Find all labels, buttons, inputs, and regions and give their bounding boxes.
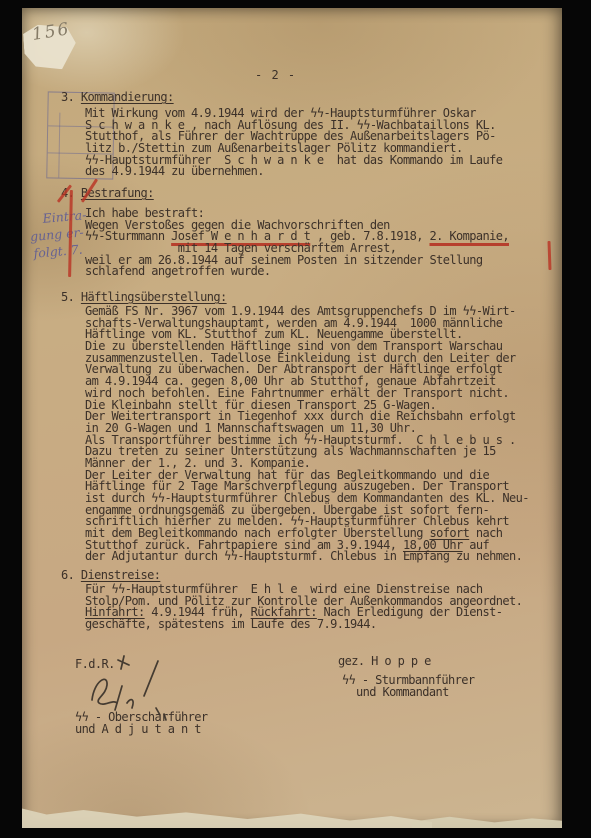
section-number: 5. bbox=[61, 290, 81, 304]
section-number: 6. bbox=[61, 568, 81, 582]
stamp-line bbox=[58, 113, 61, 178]
section-paragraph: Gemäß FS Nr. 3967 vom 1.9.1944 des Amtsg… bbox=[85, 306, 529, 563]
section-title: Dienstreise: bbox=[81, 568, 161, 582]
scanned-document-photo: { "page": { "number_label": "- 2 -", "pe… bbox=[0, 0, 591, 838]
torn-paper-bottom-edge bbox=[22, 798, 432, 828]
commandant-title-line: und Kommandant bbox=[356, 685, 449, 699]
doc-line: geschäfte, spätestens im Laufe des 7.9.1… bbox=[85, 619, 522, 631]
section-paragraph: Für ϟϟ-Hauptsturmführer E h l e wird ein… bbox=[85, 584, 522, 631]
section-heading-line: 4. Bestrafung: bbox=[61, 188, 154, 201]
section-paragraph: Ich habe bestraft:Wegen Verstoßes gegen … bbox=[85, 208, 509, 278]
section-heading-line: 3. Kommandierung: bbox=[61, 92, 174, 105]
adjutant-title-line: und A d j u t a n t bbox=[75, 722, 201, 736]
section-paragraph: Mit Wirkung vom 4.9.1944 wird der ϟϟ-Hau… bbox=[85, 108, 502, 178]
doc-line: der Adjutantur durch ϟϟ-Hauptsturmf. Chl… bbox=[85, 551, 529, 563]
section-number: 3. bbox=[61, 90, 81, 104]
section-heading: 3. Kommandierung: bbox=[61, 92, 174, 105]
section-title: Häftlingsüberstellung: bbox=[81, 290, 227, 304]
section-title: Kommandierung: bbox=[81, 90, 174, 104]
document-paper: 156 - 2 - Eintra- gung er- folgt. 7. 3. … bbox=[22, 8, 562, 828]
torn-paper-bottom-right bbox=[412, 812, 562, 828]
section-heading: 4. Bestrafung: bbox=[61, 188, 154, 201]
signed-name: gez. H o p p e bbox=[338, 654, 431, 668]
page-number: - 2 - bbox=[255, 68, 296, 82]
doc-line-segment: 2. Kompanie, bbox=[430, 229, 510, 243]
red-ink-right-line bbox=[547, 241, 551, 270]
doc-line: schlafend angetroffen wurde. bbox=[85, 266, 509, 278]
doc-line: des 4.9.1944 zu übernehmen. bbox=[85, 166, 502, 178]
